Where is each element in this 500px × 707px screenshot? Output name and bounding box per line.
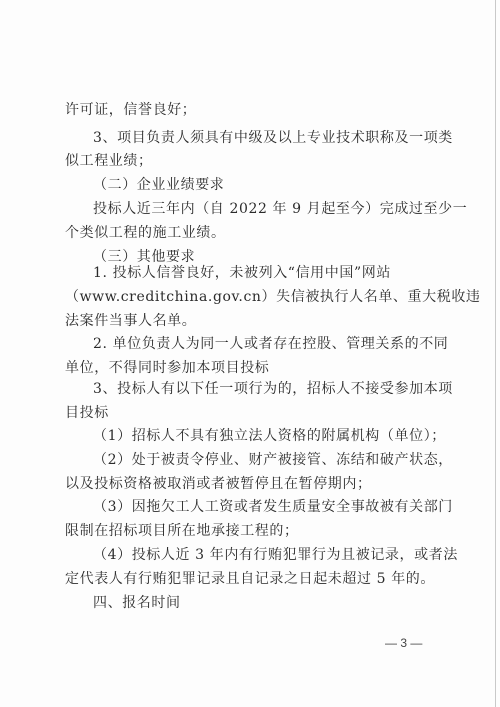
list-item: （4）投标人近 3 年内有行贿犯罪行为且被记录，或者法	[93, 547, 458, 563]
text-line: 以及投标资格被取消或者被暂停且在暂停期内；	[65, 476, 372, 492]
list-item: （2）处于被责令停业、财产被接管、冻结和破产状态，	[93, 452, 453, 468]
document-page: 许可证，信誉良好； 3、项目负责人须具有中级及以上专业技术职称及一项类 似工程业…	[0, 0, 500, 707]
text-line: 3、投标人有以下任一项行为的，招标人不接受参加本项	[93, 381, 453, 397]
list-item: （3）因拖欠工人工资或者发生质量安全事故被有关部门	[93, 499, 453, 515]
section-heading: （三）其他要求	[93, 249, 195, 265]
list-item: （1）招标人不具有独立法人资格的附属机构（单位）；	[93, 428, 446, 444]
page-edge-divider	[495, 0, 496, 707]
text-line: 2. 单位负责人为同一人或者存在控股、管理关系的不同	[93, 336, 448, 352]
text-line: 限制在招标项目所在地承接工程的；	[65, 523, 299, 539]
text-line: 定代表人有行贿犯罪记录且自记录之日起未超过 5 年的。	[65, 571, 435, 587]
text-line: 似工程业绩；	[65, 153, 153, 169]
text-line: 法案件当事人名单。	[65, 313, 196, 329]
text-line: （www.creditchina.gov.cn）失信被执行人名单、重大税收违	[65, 289, 481, 305]
text-line: 个类似工程的施工业绩。	[65, 225, 226, 241]
page-number: — 3 —	[385, 636, 422, 650]
text-line: 投标人近三年内（自 2022 年 9 月起至今）完成过至少一	[93, 201, 467, 217]
section-heading: 四、报名时间	[93, 595, 181, 611]
text-line: 许可证，信誉良好；	[65, 102, 196, 118]
section-heading: （二）企业业绩要求	[93, 177, 224, 193]
text-line: 单位，不得同时参加本项目投标	[65, 360, 269, 376]
text-line: 3、项目负责人须具有中级及以上专业技术职称及一项类	[93, 130, 453, 146]
text-line: 目投标	[65, 405, 109, 421]
text-line: 1. 投标人信誉良好，未被列入“信用中国”网站	[93, 265, 391, 281]
